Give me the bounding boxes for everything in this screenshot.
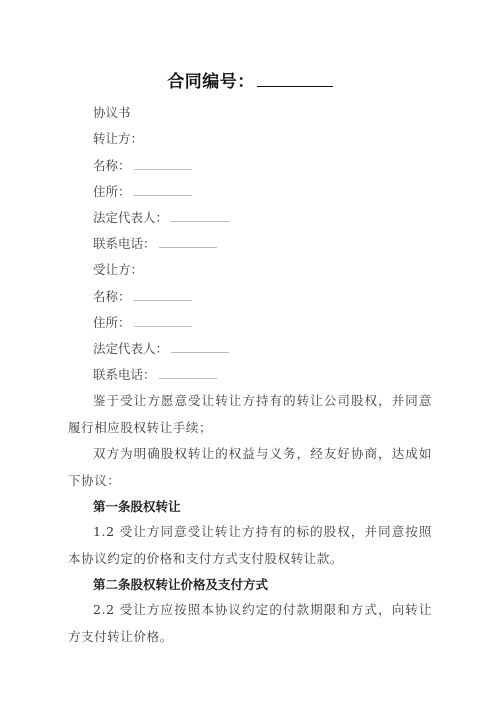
field-label: 名称： xyxy=(93,158,131,173)
transferee-name-field: 名称： xyxy=(93,288,192,306)
transferor-address-blank[interactable] xyxy=(134,185,192,196)
contract-number-blank[interactable] xyxy=(257,71,333,87)
field-label: 名称： xyxy=(93,289,131,304)
transferee-phone-field: 联系电话： xyxy=(93,366,217,384)
transferor-legal-rep-field: 法定代表人： xyxy=(93,209,229,227)
transferee-name-blank[interactable] xyxy=(134,290,192,301)
field-label: 联系电话： xyxy=(93,236,156,251)
article-1-text: 1.2 受让方同意受让转让方持有的标的股权，并同意按照本协议约定的价格和支付方式… xyxy=(68,519,432,572)
article-1-heading: 第一条股权转让 xyxy=(93,498,181,516)
field-label: 法定代表人： xyxy=(93,210,168,225)
transferor-phone-field: 联系电话： xyxy=(93,235,217,253)
transferee-legal-rep-field: 法定代表人： xyxy=(93,340,229,358)
document-page: 合同编号： 协议书 转让方： 名称： 住所： 法定代表人： 联系电话： 受让方：… xyxy=(0,0,500,707)
contract-number-title: 合同编号： xyxy=(0,70,500,94)
transferor-name-field: 名称： xyxy=(93,157,192,175)
transferee-legal-rep-blank[interactable] xyxy=(171,342,229,353)
field-label: 住所： xyxy=(93,315,131,330)
article-2-heading: 第二条股权转让价格及支付方式 xyxy=(93,576,268,594)
transferee-address-blank[interactable] xyxy=(134,316,192,327)
transferor-address-field: 住所： xyxy=(93,183,192,201)
title-text: 合同编号： xyxy=(167,72,255,92)
agreement-intro-paragraph: 双方为明确股权转让的权益与义务，经友好协商，达成如下协议： xyxy=(68,441,432,494)
agreement-subtitle: 协议书 xyxy=(93,104,131,122)
transferee-phone-blank[interactable] xyxy=(159,368,217,379)
transferor-heading: 转让方： xyxy=(93,130,143,148)
article-2-text: 2.2 受让方应按照本协议约定的付款期限和方式，向转让方支付转让价格。 xyxy=(68,597,432,650)
transferee-address-field: 住所： xyxy=(93,314,192,332)
transferee-heading: 受让方： xyxy=(93,261,143,279)
field-label: 联系电话： xyxy=(93,367,156,382)
transferor-phone-blank[interactable] xyxy=(159,237,217,248)
transferor-legal-rep-blank[interactable] xyxy=(171,211,229,222)
field-label: 法定代表人： xyxy=(93,341,168,356)
recital-paragraph: 鉴于受让方愿意受让转让方持有的转让公司股权，并同意履行相应股权转让手续； xyxy=(68,388,432,441)
field-label: 住所： xyxy=(93,184,131,199)
transferor-name-blank[interactable] xyxy=(134,159,192,170)
